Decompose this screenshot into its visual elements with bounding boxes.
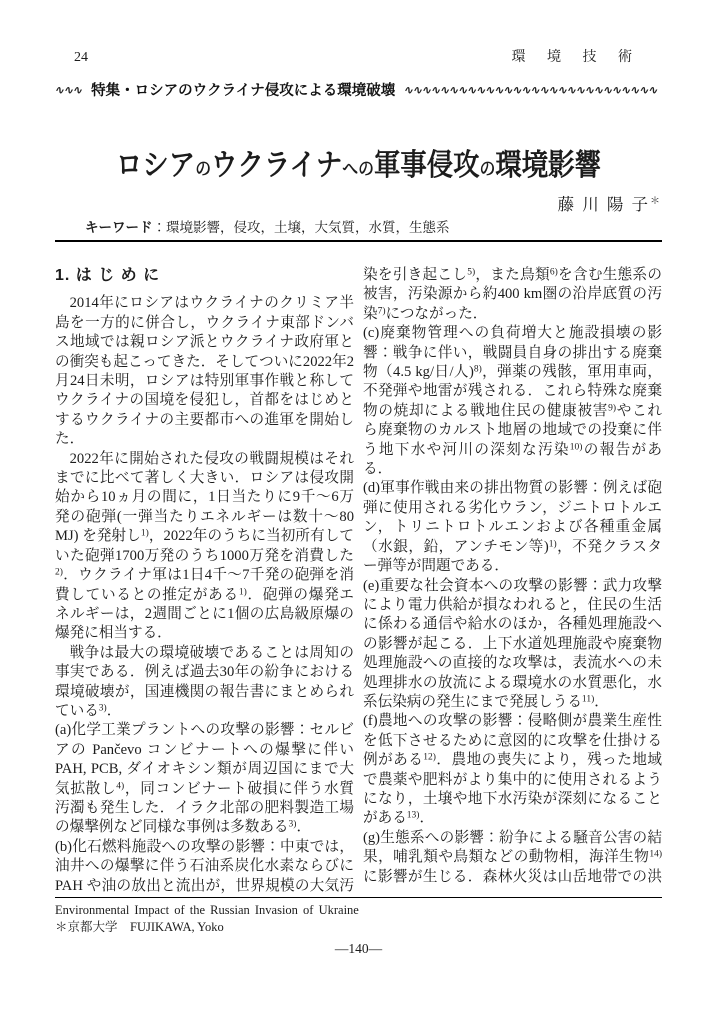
article-body: 1. は じ め に 2014年にロシアはウクライナのクリミア半島を一方的に併合… [55,266,662,898]
paragraph-item-f: (f)農地への攻撃の影響：侵略側が農業生産性を低下させるために意図的に攻撃を仕掛… [363,712,662,828]
keywords-line: キーワード：環境影響，侵攻，土壌，大気質，水質，生態系 [85,216,450,236]
footnote: Environmental Impact of the Russian Inva… [55,902,385,935]
running-head: 24 環 境 技 術 [74,46,641,66]
article-title: ロシアのウクライナへの軍事侵攻の環境影響 [43,140,674,184]
paragraph: 戦争は最大の環境破壊であることは周知の事実である．例えば過去30年の紛争における… [55,644,354,722]
header-divider [55,240,662,242]
wavy-rule-icon: ∿∿∿ [54,83,84,97]
paragraph-item-d: (d)軍事作戦由来の排出物質の影響：例えば砲弾に使用される劣化ウラン，ジニトロト… [363,479,662,576]
wavy-rule-icon: ∿∿∿∿∿∿∿∿∿∿∿∿∿∿∿∿∿∿∿∿∿∿∿∿∿∿∿∿ [403,83,664,97]
page-number-top: 24 [74,50,88,66]
paragraph-item-c: (c)廃棄物管理への負荷増大と施設損壊の影響：戦争に伴い，戦闘員自身の排出する廃… [363,324,662,479]
byline: 藤 川 陽 子＊ [558,191,660,215]
page-number-bottom: —140— [0,941,717,957]
journal-title: 環 境 技 術 [512,46,642,66]
journal-page: 24 環 境 技 術 ∿∿∿ 特集・ロシアのウクライナ侵攻による環境破壊 ∿∿∿… [0,0,717,1013]
paragraph-item-a: (a)化学工業プラントへの攻撃の影響：セルビアの Pančevo コンビナートへ… [55,721,354,837]
feature-banner: ∿∿∿ 特集・ロシアのウクライナ侵攻による環境破壊 ∿∿∿∿∿∿∿∿∿∿∿∿∿∿… [55,79,662,100]
section-heading: 1. は じ め に [55,266,354,285]
feature-label: 特集・ロシアのウクライナ侵攻による環境破壊 [91,79,395,100]
keywords-text: ：環境影響，侵攻，土壌，大気質，水質，生態系 [153,220,450,235]
footnote-title-en: Environmental Impact of the Russian Inva… [55,902,385,919]
footnote-divider [55,897,662,898]
paragraph: 2014年にロシアはウクライナのクリミア半島を一方的に併合し，ウクライナ東部ドン… [55,294,354,449]
author-affiliation-mark: ＊ [650,196,660,207]
author-name: 藤 川 陽 子 [558,195,650,214]
footnote-affiliation: ＊京都大学 FUJIKAWA, Yoko [55,919,385,936]
paragraph: 2022年に開始された侵攻の戦闘規模はそれまでに比べて著しく大きい．ロシアは侵攻… [55,450,354,644]
paragraph-item-e: (e)重要な社会資本への攻撃の影響：武力攻撃により電力供給が損なわれると，住民の… [363,577,662,713]
keywords-label: キーワード [85,220,153,235]
